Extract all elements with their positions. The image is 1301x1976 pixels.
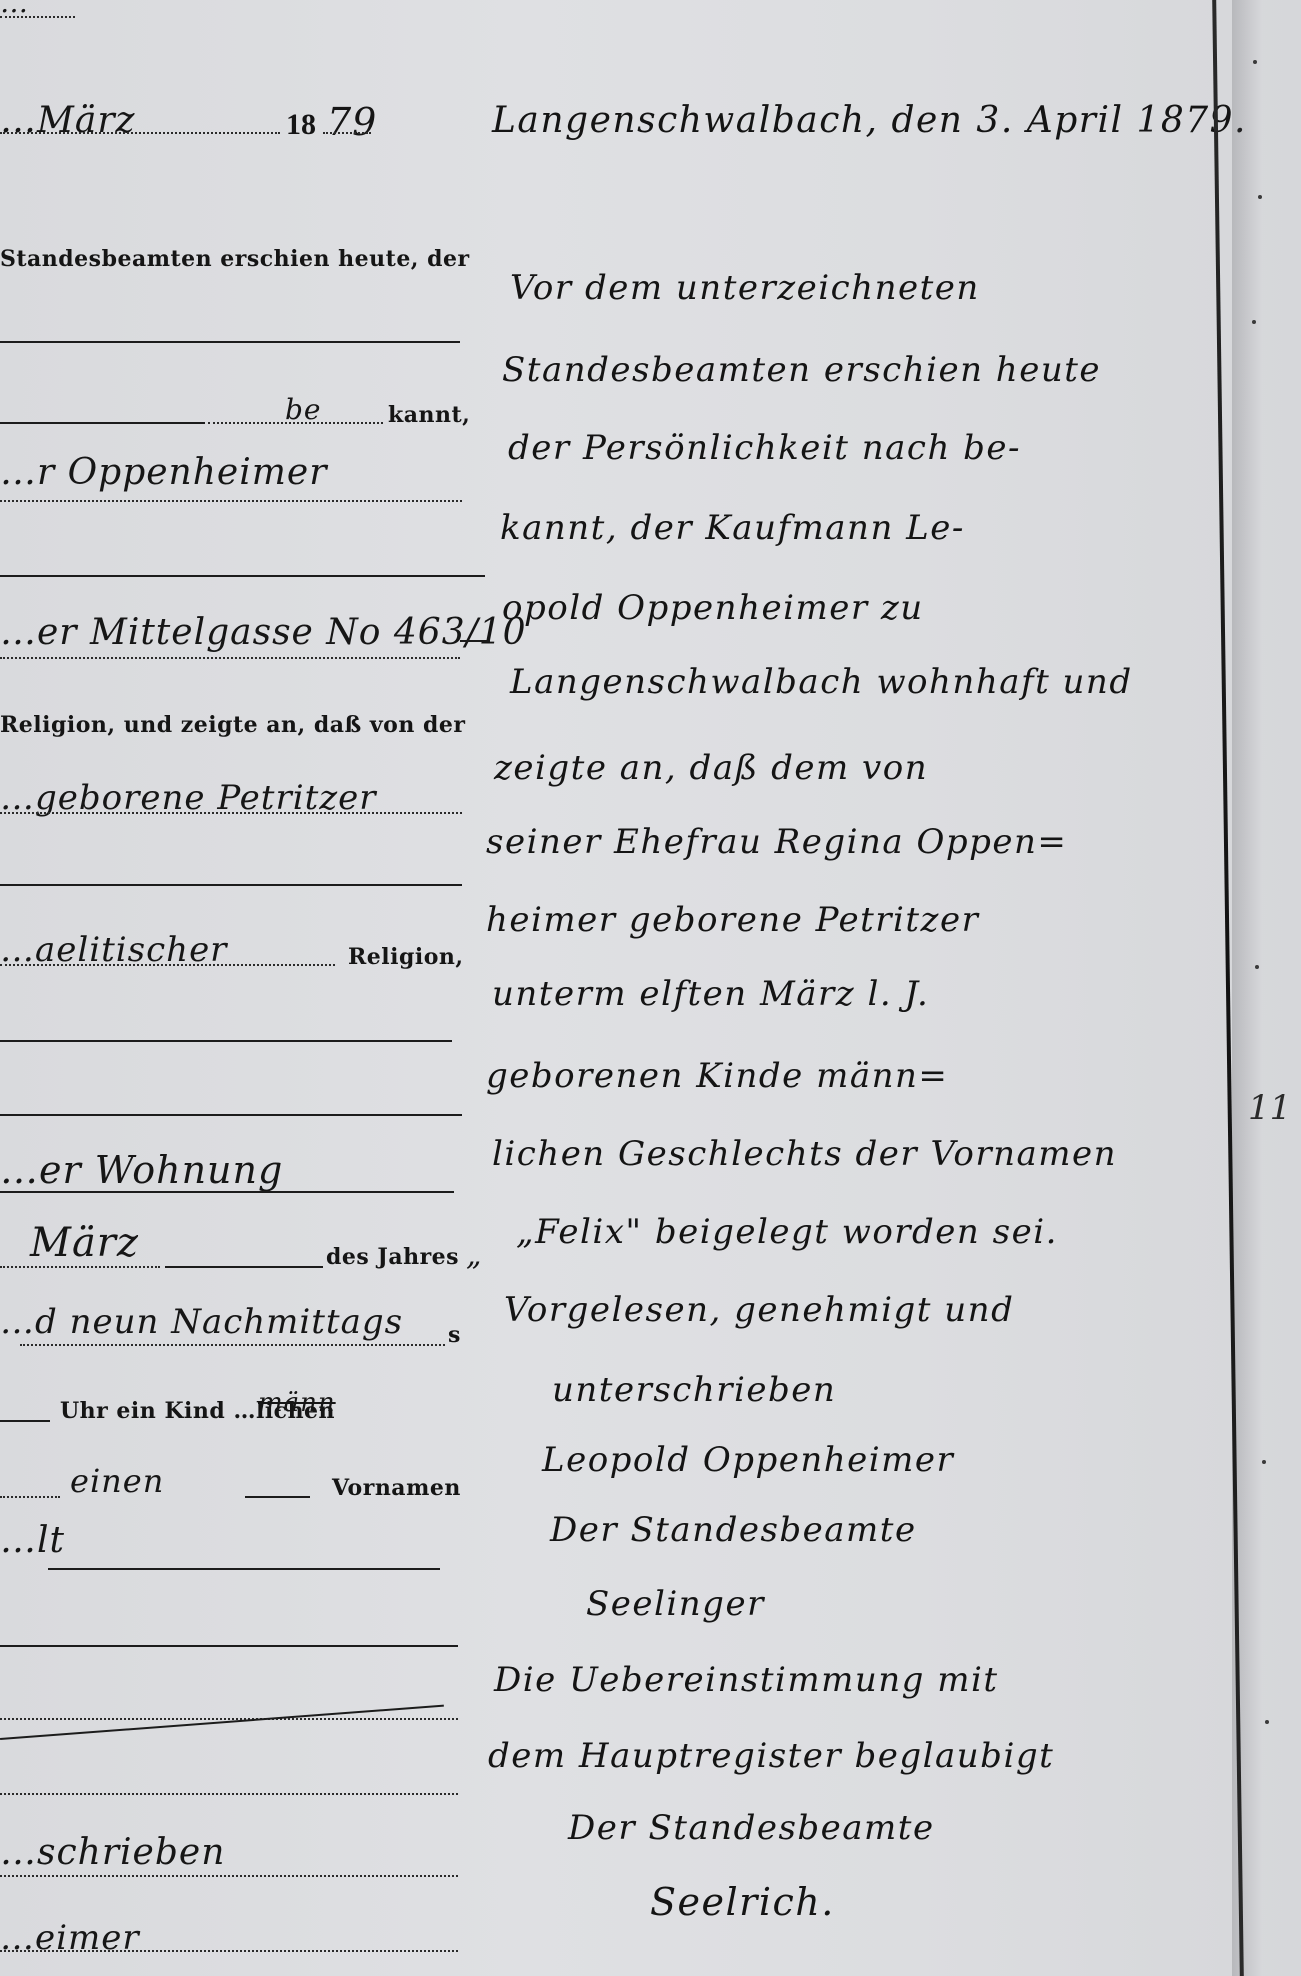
rule-15 <box>20 1344 445 1346</box>
rule-20 <box>0 1718 458 1720</box>
rule-10 <box>0 964 335 966</box>
rule-18 <box>48 1568 440 1570</box>
entry-line-17: Der Standesbeamte <box>550 1510 917 1550</box>
entry-line-8: seiner Ehefrau Regina Oppen= <box>486 822 1067 862</box>
entry-signature-certifier: Seelrich. <box>650 1880 835 1924</box>
rule-17a <box>0 1496 60 1498</box>
entry-line-14: Vorgelesen, genehmigt und <box>504 1290 1014 1330</box>
rule-13 <box>0 1191 454 1193</box>
margin-annotation: 11 <box>1248 1088 1291 1128</box>
rule-2 <box>0 341 460 343</box>
rule-21 <box>0 1793 458 1795</box>
date-rule <box>0 132 280 134</box>
rule-4 <box>0 500 462 502</box>
handwritten-line-17: einen <box>70 1462 164 1500</box>
handwritten-line-18: …lt <box>0 1520 65 1561</box>
rule-11 <box>0 1040 452 1042</box>
paper-speck <box>1253 60 1257 64</box>
printed-line-17: Vornamen <box>332 1475 461 1501</box>
entry-line-4: kannt, der Kaufmann Le- <box>500 508 965 548</box>
rule-19 <box>0 1645 458 1647</box>
paper-speck <box>1255 965 1259 969</box>
entry-signature-registrar: Seelinger <box>586 1584 765 1624</box>
rule-16a <box>0 1420 50 1422</box>
printed-line-7: Religion, und zeigte an, daß von der <box>0 712 465 738</box>
entry-line-11: geborenen Kinde männ= <box>486 1056 948 1096</box>
entry-line-19: Die Uebereinstimmung mit <box>494 1660 998 1700</box>
handwritten-line-16: männ <box>258 1388 336 1418</box>
handwritten-line-22: …schrieben <box>0 1832 225 1873</box>
strike-through-line <box>0 1705 444 1740</box>
entry-line-2: Standesbeamten erschien heute <box>502 350 1101 390</box>
printed-line-10: Religion, <box>348 944 464 970</box>
entry-signature-declarant: Leopold Oppenheimer <box>542 1440 954 1480</box>
year-rule <box>323 132 371 134</box>
paper-speck <box>1262 1460 1266 1464</box>
entry-line-1: Vor dem unterzeichneten <box>510 268 980 308</box>
rule-23 <box>0 1950 458 1952</box>
entry-line-7: zeigte an, daß dem von <box>494 748 928 788</box>
handwritten-line-3: be <box>285 393 322 426</box>
rule-3a <box>0 422 205 424</box>
entry-line-12: lichen Geschlechts der Vornamen <box>492 1134 1117 1174</box>
rule-5 <box>0 575 485 577</box>
entry-line-20: dem Hauptregister beglaubigt <box>488 1736 1054 1776</box>
handwritten-line-14: März <box>30 1220 139 1266</box>
entry-line-10: unterm elften März l. J. <box>492 974 929 1014</box>
rule-17b <box>245 1496 310 1498</box>
printed-line-15: s <box>448 1322 461 1348</box>
handwritten-entry-column: Langenschwalbach, den 3. April 1879. Vor… <box>480 0 1200 1976</box>
rule-9 <box>0 884 462 886</box>
paper-speck <box>1265 1720 1269 1724</box>
entry-line-21: Der Standesbeamte <box>568 1808 935 1848</box>
margin-quote-mark: „ <box>466 1238 483 1273</box>
year-prefix-printed: 18 <box>286 108 316 142</box>
printed-line-3: kannt, <box>388 402 470 428</box>
date-month-handwritten: …März <box>0 100 136 141</box>
register-page: … …März 18 79 Standesbeamten erschien he… <box>0 0 1301 1976</box>
entry-line-9: heimer geborene Petritzer <box>486 900 979 940</box>
entry-line-15: unterschrieben <box>552 1370 836 1410</box>
handwritten-line-6: …er Mittelgasse No 463/10 <box>0 612 527 653</box>
top-fragment-rule <box>0 16 75 18</box>
rule-12 <box>0 1114 462 1116</box>
handwritten-line-13: …er Wohnung <box>0 1148 283 1192</box>
entry-line-13: „Felix" beigelegt worden sei. <box>516 1212 1058 1252</box>
paper-speck <box>1252 320 1256 324</box>
printed-line-14: des Jahres <box>326 1244 459 1270</box>
handwritten-line-15: …d neun Nachmittags <box>0 1302 403 1342</box>
handwritten-line-4: …r Oppenheimer <box>0 452 327 493</box>
printed-form-column: … …März 18 79 Standesbeamten erschien he… <box>0 0 470 1976</box>
handwritten-line-23: …eimer <box>0 1918 140 1958</box>
entry-line-3: der Persönlichkeit nach be- <box>508 428 1021 468</box>
printed-line-1: Standesbeamten erschien heute, der <box>0 246 470 272</box>
entry-line-6: Langenschwalbach wohnhaft und <box>510 662 1133 702</box>
entry-line-5: opold Oppenheimer zu <box>502 588 924 628</box>
rule-14a <box>0 1266 160 1268</box>
rule-14b <box>165 1266 323 1268</box>
rule-22 <box>0 1875 458 1877</box>
paper-speck <box>1258 195 1262 199</box>
rule-6 <box>0 657 460 659</box>
entry-heading: Langenschwalbach, den 3. April 1879. <box>492 100 1247 141</box>
year-suffix-handwritten: 79 <box>327 100 377 144</box>
rule-8 <box>0 812 462 814</box>
